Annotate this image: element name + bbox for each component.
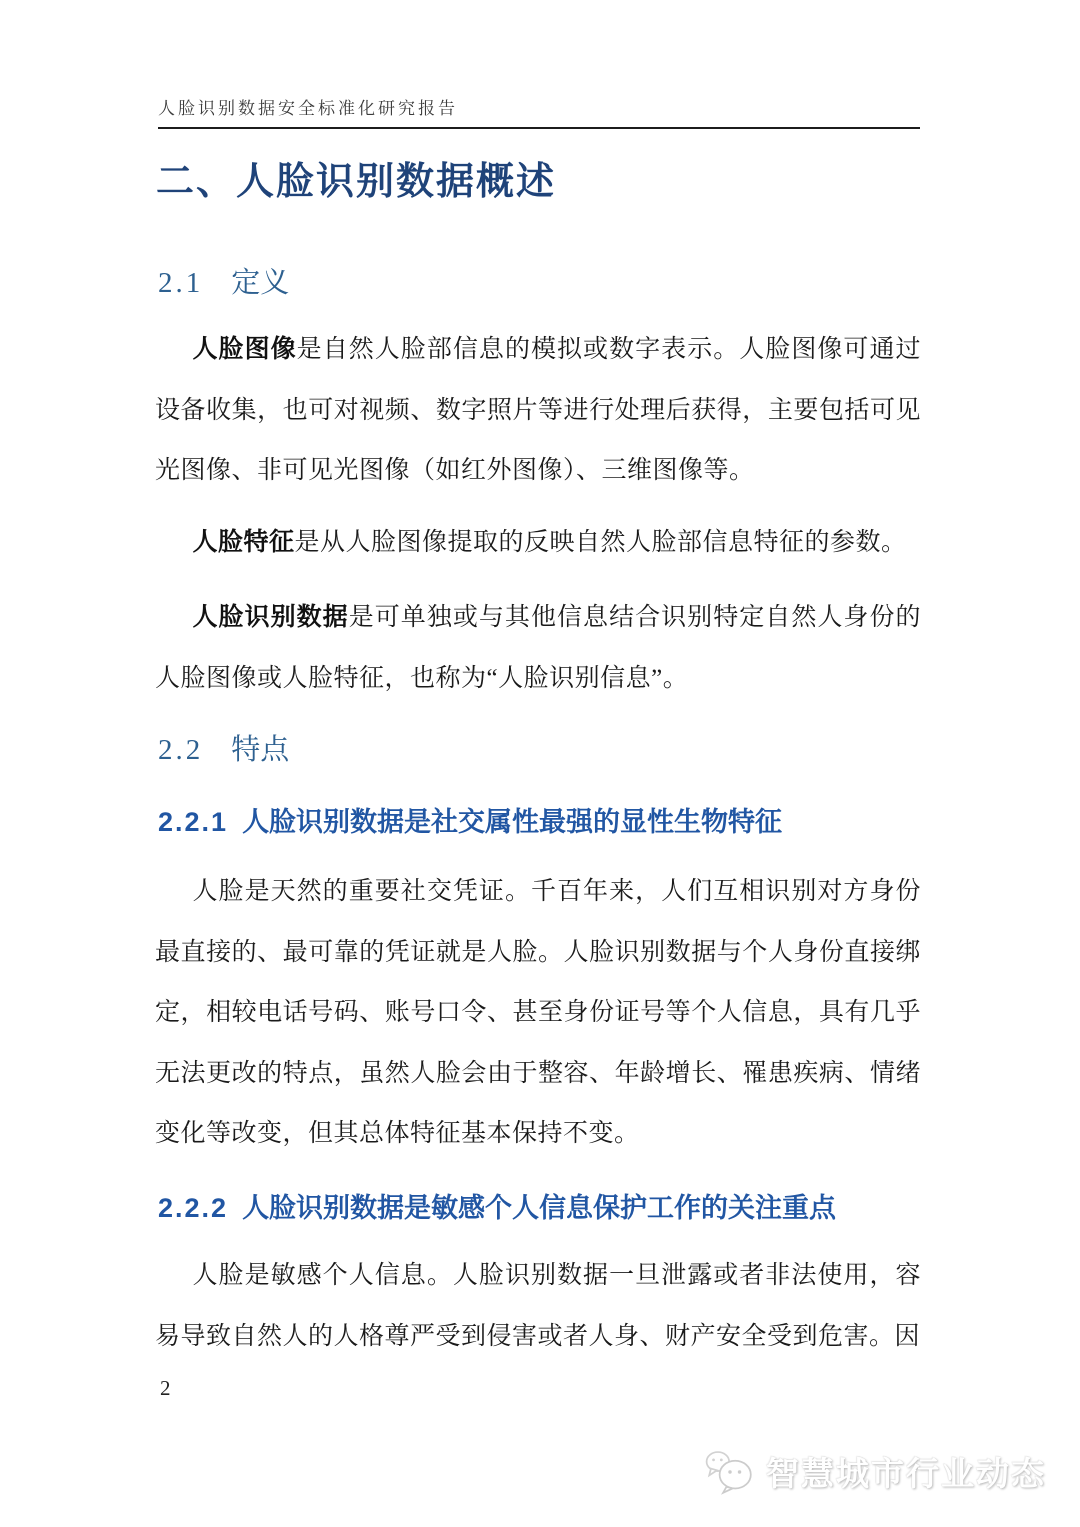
header-rule xyxy=(158,127,920,129)
watermark-brand-text: 智慧城市行业动态 xyxy=(766,1448,1046,1495)
term-face-image: 人脸图像 xyxy=(193,336,297,363)
running-header: 人脸识别数据安全标准化研究报告 xyxy=(158,94,458,119)
paragraph-social-attribute: 人脸是天然的重要社交凭证。千百年来，人们互相识别对方身份最直接的、最可靠的凭证就… xyxy=(155,862,921,1165)
subsection-title: 人脸识别数据是敏感个人信息保护工作的关注重点 xyxy=(242,1186,836,1225)
section-number: 2.2 xyxy=(158,734,203,767)
running-header-title: 人脸识别数据安全标准化研究报告 xyxy=(158,99,458,118)
section-title: 定义 xyxy=(231,260,289,301)
section-heading-2-2: 2.2 特点 xyxy=(158,727,289,768)
watermark: 智慧城市行业动态 xyxy=(704,1448,1046,1495)
term-face-feature: 人脸特征 xyxy=(193,529,295,556)
subsection-heading-2-2-1: 2.2.1 人脸识别数据是社交属性最强的显性生物特征 xyxy=(158,800,782,839)
section-title: 特点 xyxy=(231,727,289,768)
paragraph-face-feature-definition: 人脸特征是从人脸图像提取的反映自然人脸部信息特征的参数。 xyxy=(155,513,921,574)
term-face-recognition-data: 人脸识别数据 xyxy=(193,604,349,631)
page-number: 2 xyxy=(160,1376,171,1401)
subsection-heading-2-2-2: 2.2.2 人脸识别数据是敏感个人信息保护工作的关注重点 xyxy=(158,1186,836,1225)
paragraph-face-recognition-data-definition: 人脸识别数据是可单独或与其他信息结合识别特定自然人身份的人脸图像或人脸特征，也称… xyxy=(155,588,921,709)
subsection-title: 人脸识别数据是社交属性最强的显性生物特征 xyxy=(242,800,782,839)
paragraph-sensitive-information: 人脸是敏感个人信息。人脸识别数据一旦泄露或者非法使用，容易导致自然人的人格尊严受… xyxy=(155,1246,921,1367)
wechat-icon xyxy=(704,1449,756,1495)
subsection-number: 2.2.2 xyxy=(158,1193,228,1224)
subsection-number: 2.2.1 xyxy=(158,807,228,838)
chapter-title: 二、人脸识别数据概述 xyxy=(156,150,556,205)
document-page: 人脸识别数据安全标准化研究报告 二、人脸识别数据概述 2.1 定义 人脸图像是自… xyxy=(0,0,1080,1527)
section-heading-2-1: 2.1 定义 xyxy=(158,260,289,301)
section-number: 2.1 xyxy=(158,267,203,300)
paragraph-text: 是从人脸图像提取的反映自然人脸部信息特征的参数。 xyxy=(295,529,907,556)
paragraph-face-image-definition: 人脸图像是自然人脸部信息的模拟或数字表示。人脸图像可通过设备收集，也可对视频、数… xyxy=(155,320,921,502)
